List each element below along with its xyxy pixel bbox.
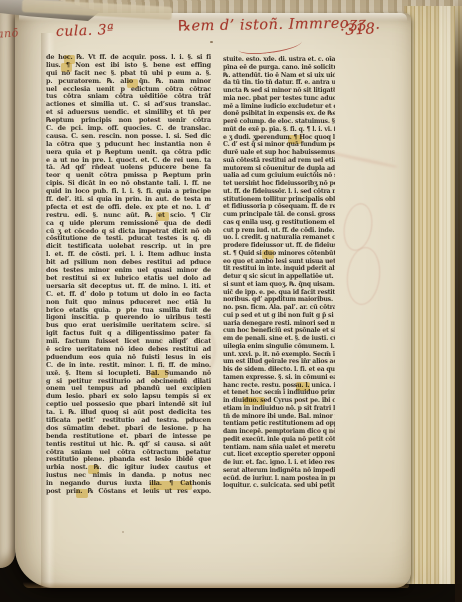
text-line: actiones et similia ut. C. si ad’sus tra…	[46, 101, 211, 109]
text-line: l. et. ff. de cōsti. pri. l. i. Item adh…	[46, 251, 211, 259]
text-line: em de penali. sine et. §. de iusti. cū u…	[223, 335, 335, 343]
text-line: bit ad ꞅsilium non debes restitui ad pdu…	[46, 259, 211, 267]
initial-wash	[61, 63, 72, 72]
paper-speck	[333, 87, 335, 89]
text-line: donē psibitat in expensis ex. de ℞ep. e.…	[223, 110, 335, 118]
text-line: teor q uenit cōtra pmissa p ℞eptum prin	[46, 172, 211, 180]
book-edge-shadow	[455, 0, 462, 602]
text-line: tentiam. nam sn̄ia ualet et meretur exe	[223, 444, 335, 452]
text-line: st. ¶ Quid si duo minores cōtenbūt cum	[223, 250, 335, 258]
text-line: serat alterum indignēta nō impedit ex	[223, 467, 335, 475]
text-line: durē uale et sup hoc habuissemus dicere …	[223, 149, 335, 157]
header-left-title: cula. 3ª	[56, 22, 115, 40]
text-line: urbia nost. ℞. dic igitur iudex cautus e…	[46, 464, 211, 472]
text-line: uera quia et p ℞eptum uenit. qa cōtra pd…	[46, 149, 211, 157]
text-line: cōtra sniam uel cōtra cōtractum petatur	[46, 449, 211, 457]
text-line: tificata petit’ restitutio ad testra. pd…	[46, 417, 211, 425]
text-line: cui p sed et ut g ibi non fuit g p̄ si e…	[223, 312, 335, 320]
text-line: cut p rem iud. ut. ff. de cōdi. inde. Iu…	[223, 227, 335, 235]
text-line: ceptio uel possesio que pbari intendē si…	[46, 401, 211, 409]
text-line: uo. l. credit. g naturalia remanet cui p…	[223, 234, 335, 242]
text-line: dicit testificata uolebat rescrip. ut in…	[46, 243, 211, 251]
text-line: tentiam petic restitutionem ad opponen	[223, 420, 335, 428]
text-line: uersaria sit deceptus ut. ff. de mino. l…	[46, 283, 211, 291]
text-line: C. d’ est q̄ si minor quā fundum petiuim	[223, 141, 335, 149]
text-line: stitutionem tollitur principalis obligat…	[223, 196, 335, 204]
text-line: ff. del’. iti. si quia in prin. in aut. …	[46, 196, 211, 204]
text-line: dum lesio. pbari ex solo lapsu tempis si…	[46, 393, 211, 401]
text-line: no. psn. ficm. Ala. pal’. ar. cū cōtra. …	[223, 304, 335, 312]
initial-wash	[262, 250, 274, 259]
text-line: uilegia enim singulie cōmunem. l. nō fac…	[223, 343, 335, 351]
text-line: e a ut no in pre. l. quoct. et. C. de re…	[46, 157, 211, 165]
initial-wash	[288, 135, 302, 144]
text-line: dos testes minor enim uel quasi minor de	[46, 267, 211, 275]
text-line: detur q sic sicut in appellatiōe ut. l. …	[223, 273, 335, 281]
text-line: perē colump. de eloc. statuimus. §. oddi…	[223, 118, 335, 126]
text-line: hanc recte. restu. possu. l. unica. i. h…	[223, 382, 335, 390]
text-line: ut. ff. de fideiussōr. l. i. sed cōtra n…	[223, 188, 335, 196]
text-line: benda restitutione et. pbari de intesse …	[46, 433, 211, 441]
text-line: tn̄ de minore ibi unde. Bal. minor post …	[223, 413, 335, 421]
text-line: tā. Ad qd’ rn̄deat uolens pducere bene f…	[46, 164, 211, 172]
text-line: pīna eē de purga. cano. inē solicitudine…	[223, 64, 335, 72]
text-line: C. de pci. imp. off. quocies. C. de tran…	[46, 125, 211, 133]
fore-edge-page-stack	[404, 6, 462, 584]
text-line: mūt de exē p. pīa. §. fi. q. ¶ l. i. vi.…	[223, 126, 335, 134]
text-line: uic̄ de ipp. e. pe. qua id facit restitu…	[223, 289, 335, 297]
text-line: pfecta et est de offi. dele. ex pte et n…	[46, 204, 211, 212]
text-line: da tū tin. tio tn̄ datur. ff. e. antra u…	[223, 79, 335, 87]
text-line: ecūd. de iuriur. l. nam postea in prin. …	[223, 475, 335, 483]
text-column-left: de hoc. ℞. Vt ff. de acquir. poss. l. i.…	[46, 54, 211, 496]
text-line: dos sūmatim debet. pbari de lesione. p h…	[46, 425, 211, 433]
text-line: cas q enila usq. g restitutionem elidetu…	[223, 219, 335, 227]
text-line: si sunt et iam quoʒ. ℞. q̄nq uisam. Et n…	[223, 281, 335, 289]
text-line: suā cōtestā restitui ad rem uel etiā q̄ …	[223, 157, 335, 165]
initial-wash	[243, 397, 265, 405]
text-line: ℞. attendūt. tio ē Nam et si uix uideāt …	[223, 72, 335, 80]
text-line: la cōtra que ʒ pducunt hec instantia non…	[46, 141, 211, 149]
text-line: cum principale tāl. de consi. grossa. No…	[223, 211, 335, 219]
folio-number: ·318·	[340, 19, 382, 39]
text-line: causa. C. sen. rescin. non posse. l. si.…	[46, 133, 211, 141]
text-line: tet uersim̄t hoc fideiussoribʒ nō pdēst	[223, 180, 335, 188]
text-column-right: stuite. esto. xde. di. ustra et. c. oīa.…	[223, 56, 335, 490]
text-line: cōstitutione de testi. pducat testes is …	[46, 235, 211, 243]
paper-speck	[122, 531, 124, 533]
text-line: uaria denegare resti. minori sed minor. …	[223, 320, 335, 328]
text-line: pedit execūt. inle quia nō petit cōtra s…	[223, 436, 335, 444]
text-line: tit restitui in inte. inquid pderit alte…	[223, 265, 335, 273]
text-line: e ʒ dudi. ʒperendum. ¶ Hoc quoq licē	[223, 134, 335, 142]
text-line: cun hoc beneficiū est psōnale et singula…	[223, 327, 335, 335]
initial-wash	[156, 212, 169, 221]
initial-wash	[150, 481, 192, 490]
text-line: C. et. ff. d’ dolo p totum ut dolo in eo…	[46, 291, 211, 299]
initial-wash	[76, 489, 88, 498]
text-line: ℞eptum principis non potest uenir cōtra	[46, 117, 211, 125]
text-line: non fuit quo minus pduceret nec etiā lu	[46, 299, 211, 307]
text-line: um est illud geīrale res in̄r alios acta…	[223, 358, 335, 366]
initial-wash	[88, 465, 99, 474]
text-line: et fidiussoria p cōsequam. ff. de reg. i…	[223, 203, 335, 211]
text-line: de iur. et. fac. igno. l. i. et ideo res…	[223, 459, 335, 467]
text-line: et tenet hoc secm̄ ī indiuiduo primum po…	[223, 389, 335, 397]
text-line: tus cōtra sniam cōtra uēditiōe cōtra trā…	[46, 93, 211, 101]
text-line: et si aduersus uendic. et similibʒ et tn…	[46, 109, 211, 117]
text-line: restitutio plene. pbanda est lesio ibidē…	[46, 456, 211, 464]
text-line: ualia ad cum gciuium euictōis nō spec	[223, 172, 335, 180]
text-line: iustus nec nimis in danda. p notus nec	[46, 472, 211, 480]
text-line: unt. xxvi. p. it. nō exemplo. Secm̄ ī cō…	[223, 351, 335, 359]
book-photo: anō cula. 3ª ℞em d’ istoñ. Immreoʒʒ ·318…	[0, 0, 462, 602]
facing-page-sliver	[0, 0, 15, 568]
text-line: onem uel tempus ad pbandū uel excipien	[46, 385, 211, 393]
text-line: quid in loco pub. fi. l. i. §. fi. quia …	[46, 188, 211, 196]
text-line: ca q uide plerum remissionē qua de dedi	[46, 220, 211, 228]
text-line: cut. licet exceptio spereter opponi ut. …	[223, 451, 335, 459]
text-line: ta. ī. ℞. illud quoq si aūt post dedicit…	[46, 409, 211, 417]
initial-wash	[127, 79, 138, 88]
header-partial-annotation: anō	[0, 26, 19, 40]
text-line: cū ʒ et cōcedo q si dicta impetrat dicit…	[46, 228, 211, 236]
text-line: stuite. esto. xde. di. ustra et. c. oīa.…	[223, 56, 335, 64]
text-line: eo quo et ambo lesi sunt uisua ueto tm̄ …	[223, 258, 335, 266]
text-line: etiam in indiuiduo nō. p sit fratri loqu…	[223, 405, 335, 413]
text-line: bis de sidem. dilecto. l. fi. et ea que …	[223, 366, 335, 374]
text-line: restru. edi. §. nunc aūt. ℞. et scio. ¶ …	[46, 212, 211, 220]
text-line: dam incepē. pemptoriam dico q nō im	[223, 428, 335, 436]
water-stain	[158, 316, 216, 384]
text-line: prodere fideiussor ut. ff. de fideiuss. …	[223, 242, 335, 250]
initial-wash	[296, 382, 310, 391]
text-line: in diuiduo. sed Cyrus post pe. ibi cōtra…	[223, 397, 335, 405]
header-center-title: ℞em d’ istoñ. Immreoʒʒ	[178, 15, 367, 34]
text-line: mia nec. pbat per testes tunc aduocing	[223, 95, 335, 103]
text-line: noribus. qd’ appditum maioribus. fi. d’ …	[223, 296, 335, 304]
paper-speck	[210, 41, 213, 43]
text-line: cipis. Si dicāt in eo nō obstante tali. …	[46, 180, 211, 188]
text-line: mutorem si cōuenitur de dupla adeo ut	[223, 165, 335, 173]
text-line: loquitur. c. sulcicata. sed ubi petit es…	[223, 482, 335, 490]
text-line: tentis restitui ut hic. ℞. qd’ si causa.…	[46, 441, 211, 449]
text-line: mē a limine iudicio excludetur et con	[223, 103, 335, 111]
text-line: bet restitui si ex lubrico etatis uel do…	[46, 275, 211, 283]
text-line: tamen expresse. §. si. in cōmuni eadem c…	[223, 374, 335, 382]
text-line: brico etatis quia. p pte tua smilla fuit…	[46, 307, 211, 315]
text-line: uncta ℞ sed si minor nō sit litigator ue…	[223, 87, 335, 95]
